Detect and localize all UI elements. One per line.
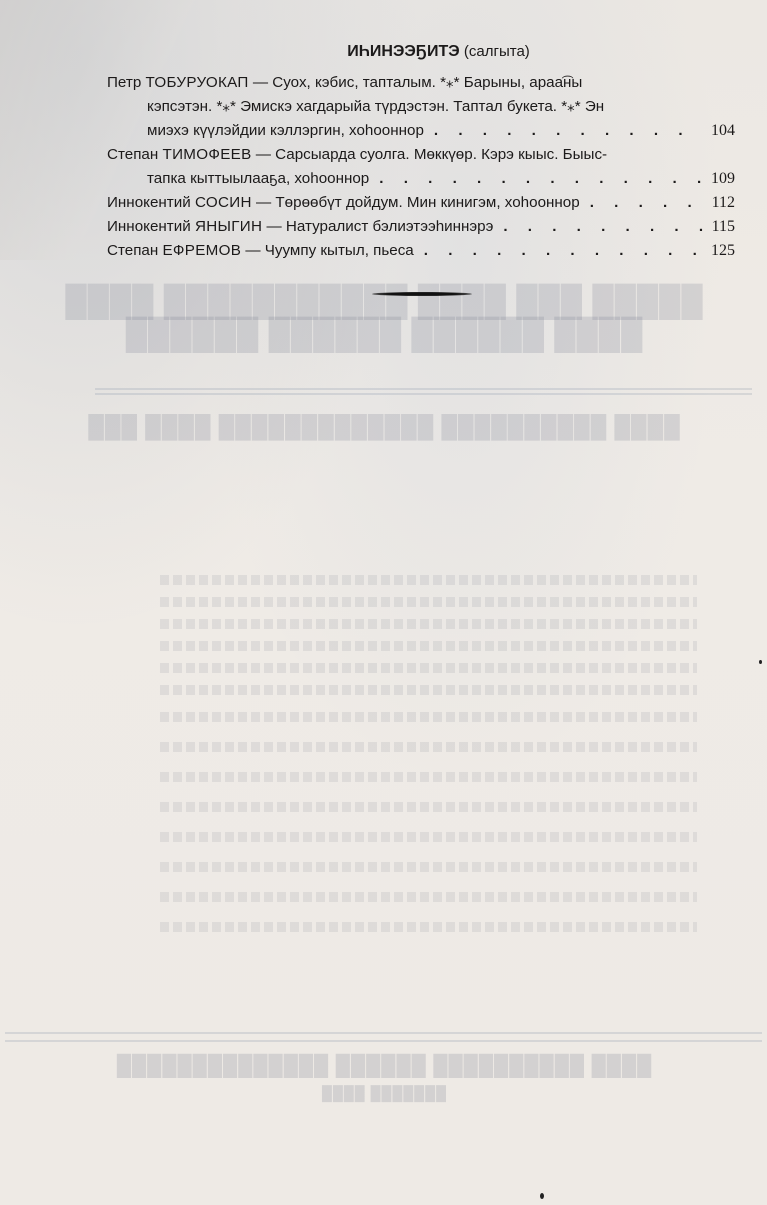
bleed-through-rule bbox=[5, 1032, 762, 1034]
bleed-through-rule bbox=[95, 393, 752, 395]
bleed-through-masthead-1: █████ ███ ████ ███████████ ████ bbox=[0, 285, 767, 319]
author-first-name: Степан bbox=[107, 146, 158, 163]
entry-text: — Чуумпу кытыл, пьеса bbox=[245, 242, 413, 259]
bleed-through-row bbox=[160, 619, 697, 629]
author-last-name: ЕФРЕМОВ bbox=[163, 242, 242, 259]
bleed-through-row bbox=[160, 802, 697, 812]
page-number: 104 bbox=[711, 119, 735, 143]
author-last-name: ТИМОФЕЕВ bbox=[163, 146, 252, 163]
bleed-through-masthead-2: ████ ██████ ██████ ██████ bbox=[0, 318, 767, 352]
page-number: 112 bbox=[712, 191, 735, 215]
table-of-contents: Петр ТОБУРУОКАП — Суох, кэбис, тапталым.… bbox=[107, 71, 735, 263]
entry-text: — Төрөөбүт дойдум. Мин кинигэм, хоһоонно… bbox=[256, 194, 580, 211]
entry-text: кэпсэтэн. *⁎* Эмискэ хагдарыйа түрдэстэн… bbox=[107, 95, 735, 119]
author-first-name: Иннокентий bbox=[107, 218, 191, 235]
bleed-through-row bbox=[160, 832, 697, 842]
bleed-through-row bbox=[160, 922, 697, 932]
bleed-through-row bbox=[160, 772, 697, 782]
bleed-through-row bbox=[160, 862, 697, 872]
toc-entry: Иннокентий ЯНЫГИН — Натуралист бэлиэтээһ… bbox=[107, 215, 735, 239]
section-heading: ИҺИНЭЭҔИТЭ (салгыта) bbox=[0, 41, 767, 61]
bleed-through-row bbox=[160, 742, 697, 752]
bleed-through-rule bbox=[95, 388, 752, 390]
leader-dots: . . . . . . . . . . . . . . . . . . . . … bbox=[590, 191, 704, 215]
author-last-name: ЯНЫГИН bbox=[195, 218, 262, 235]
bleed-through-row bbox=[160, 663, 697, 673]
toc-entry: Петр ТОБУРУОКАП — Суох, кэбис, тапталым.… bbox=[107, 71, 735, 143]
page-number: 109 bbox=[711, 167, 735, 191]
entry-text: миэхэ күүлэйдии кэллэргин, хоһооннор bbox=[147, 119, 424, 143]
author-last-name: ТОБУРУОКАП bbox=[146, 74, 249, 91]
leader-dots: . . . . . . . . . . . . . . . . . . . . … bbox=[503, 215, 703, 239]
author-last-name: СОСИН bbox=[195, 194, 252, 211]
section-divider-rule bbox=[372, 292, 472, 296]
bleed-through-row bbox=[160, 685, 697, 695]
heading-title: ИҺИНЭЭҔИТЭ bbox=[347, 43, 459, 60]
bleed-through-row bbox=[160, 712, 697, 722]
bleed-through-row bbox=[160, 892, 697, 902]
entry-text: — Суох, кэбис, тапталым. *⁎* Барыны, ара… bbox=[253, 74, 582, 91]
leader-dots: . . . . . . . . . . . . . . . . . . . . … bbox=[434, 119, 703, 143]
toc-entry: Иннокентий СОСИН — Төрөөбүт дойдум. Мин … bbox=[107, 191, 735, 215]
leader-dots: . . . . . . . . . . . . . . . . . . . . … bbox=[424, 239, 703, 263]
bleed-through-rule bbox=[5, 1040, 762, 1042]
bleed-through-row bbox=[160, 641, 697, 651]
entry-text: — Натуралист бэлиэтээһиннэрэ bbox=[266, 218, 493, 235]
bleed-through-subtitle: ████ ██████████ █████████████ ████ ███ bbox=[0, 414, 767, 440]
page-number: 115 bbox=[712, 215, 735, 239]
bleed-through-imprint: ████ ██████████ ██████ ██████████████ bbox=[0, 1055, 767, 1078]
author-first-name: Степан bbox=[107, 242, 158, 259]
author-first-name: Петр bbox=[107, 74, 141, 91]
entry-text: — Сарсыарда суолга. Мөккүөр. Кэрэ кыыс. … bbox=[256, 146, 607, 163]
leader-dots: . . . . . . . . . . . . . . . . . . . . … bbox=[379, 167, 703, 191]
ink-speck bbox=[759, 660, 762, 664]
bleed-through-row bbox=[160, 575, 697, 585]
bleed-through-row bbox=[160, 597, 697, 607]
toc-entry: Степан ТИМОФЕЕВ — Сарсыарда суолга. Мөкк… bbox=[107, 143, 735, 191]
heading-subtitle: (салгыта) bbox=[464, 43, 530, 60]
entry-text: тапка кыттыылааҕа, хоһооннор bbox=[147, 167, 369, 191]
ink-speck bbox=[540, 1193, 544, 1199]
page-number: 125 bbox=[711, 239, 735, 263]
bleed-through-imprint-year: ███████ ████ bbox=[0, 1085, 767, 1101]
toc-entry: Степан ЕФРЕМОВ — Чуумпу кытыл, пьеса . .… bbox=[107, 239, 735, 263]
author-first-name: Иннокентий bbox=[107, 194, 191, 211]
